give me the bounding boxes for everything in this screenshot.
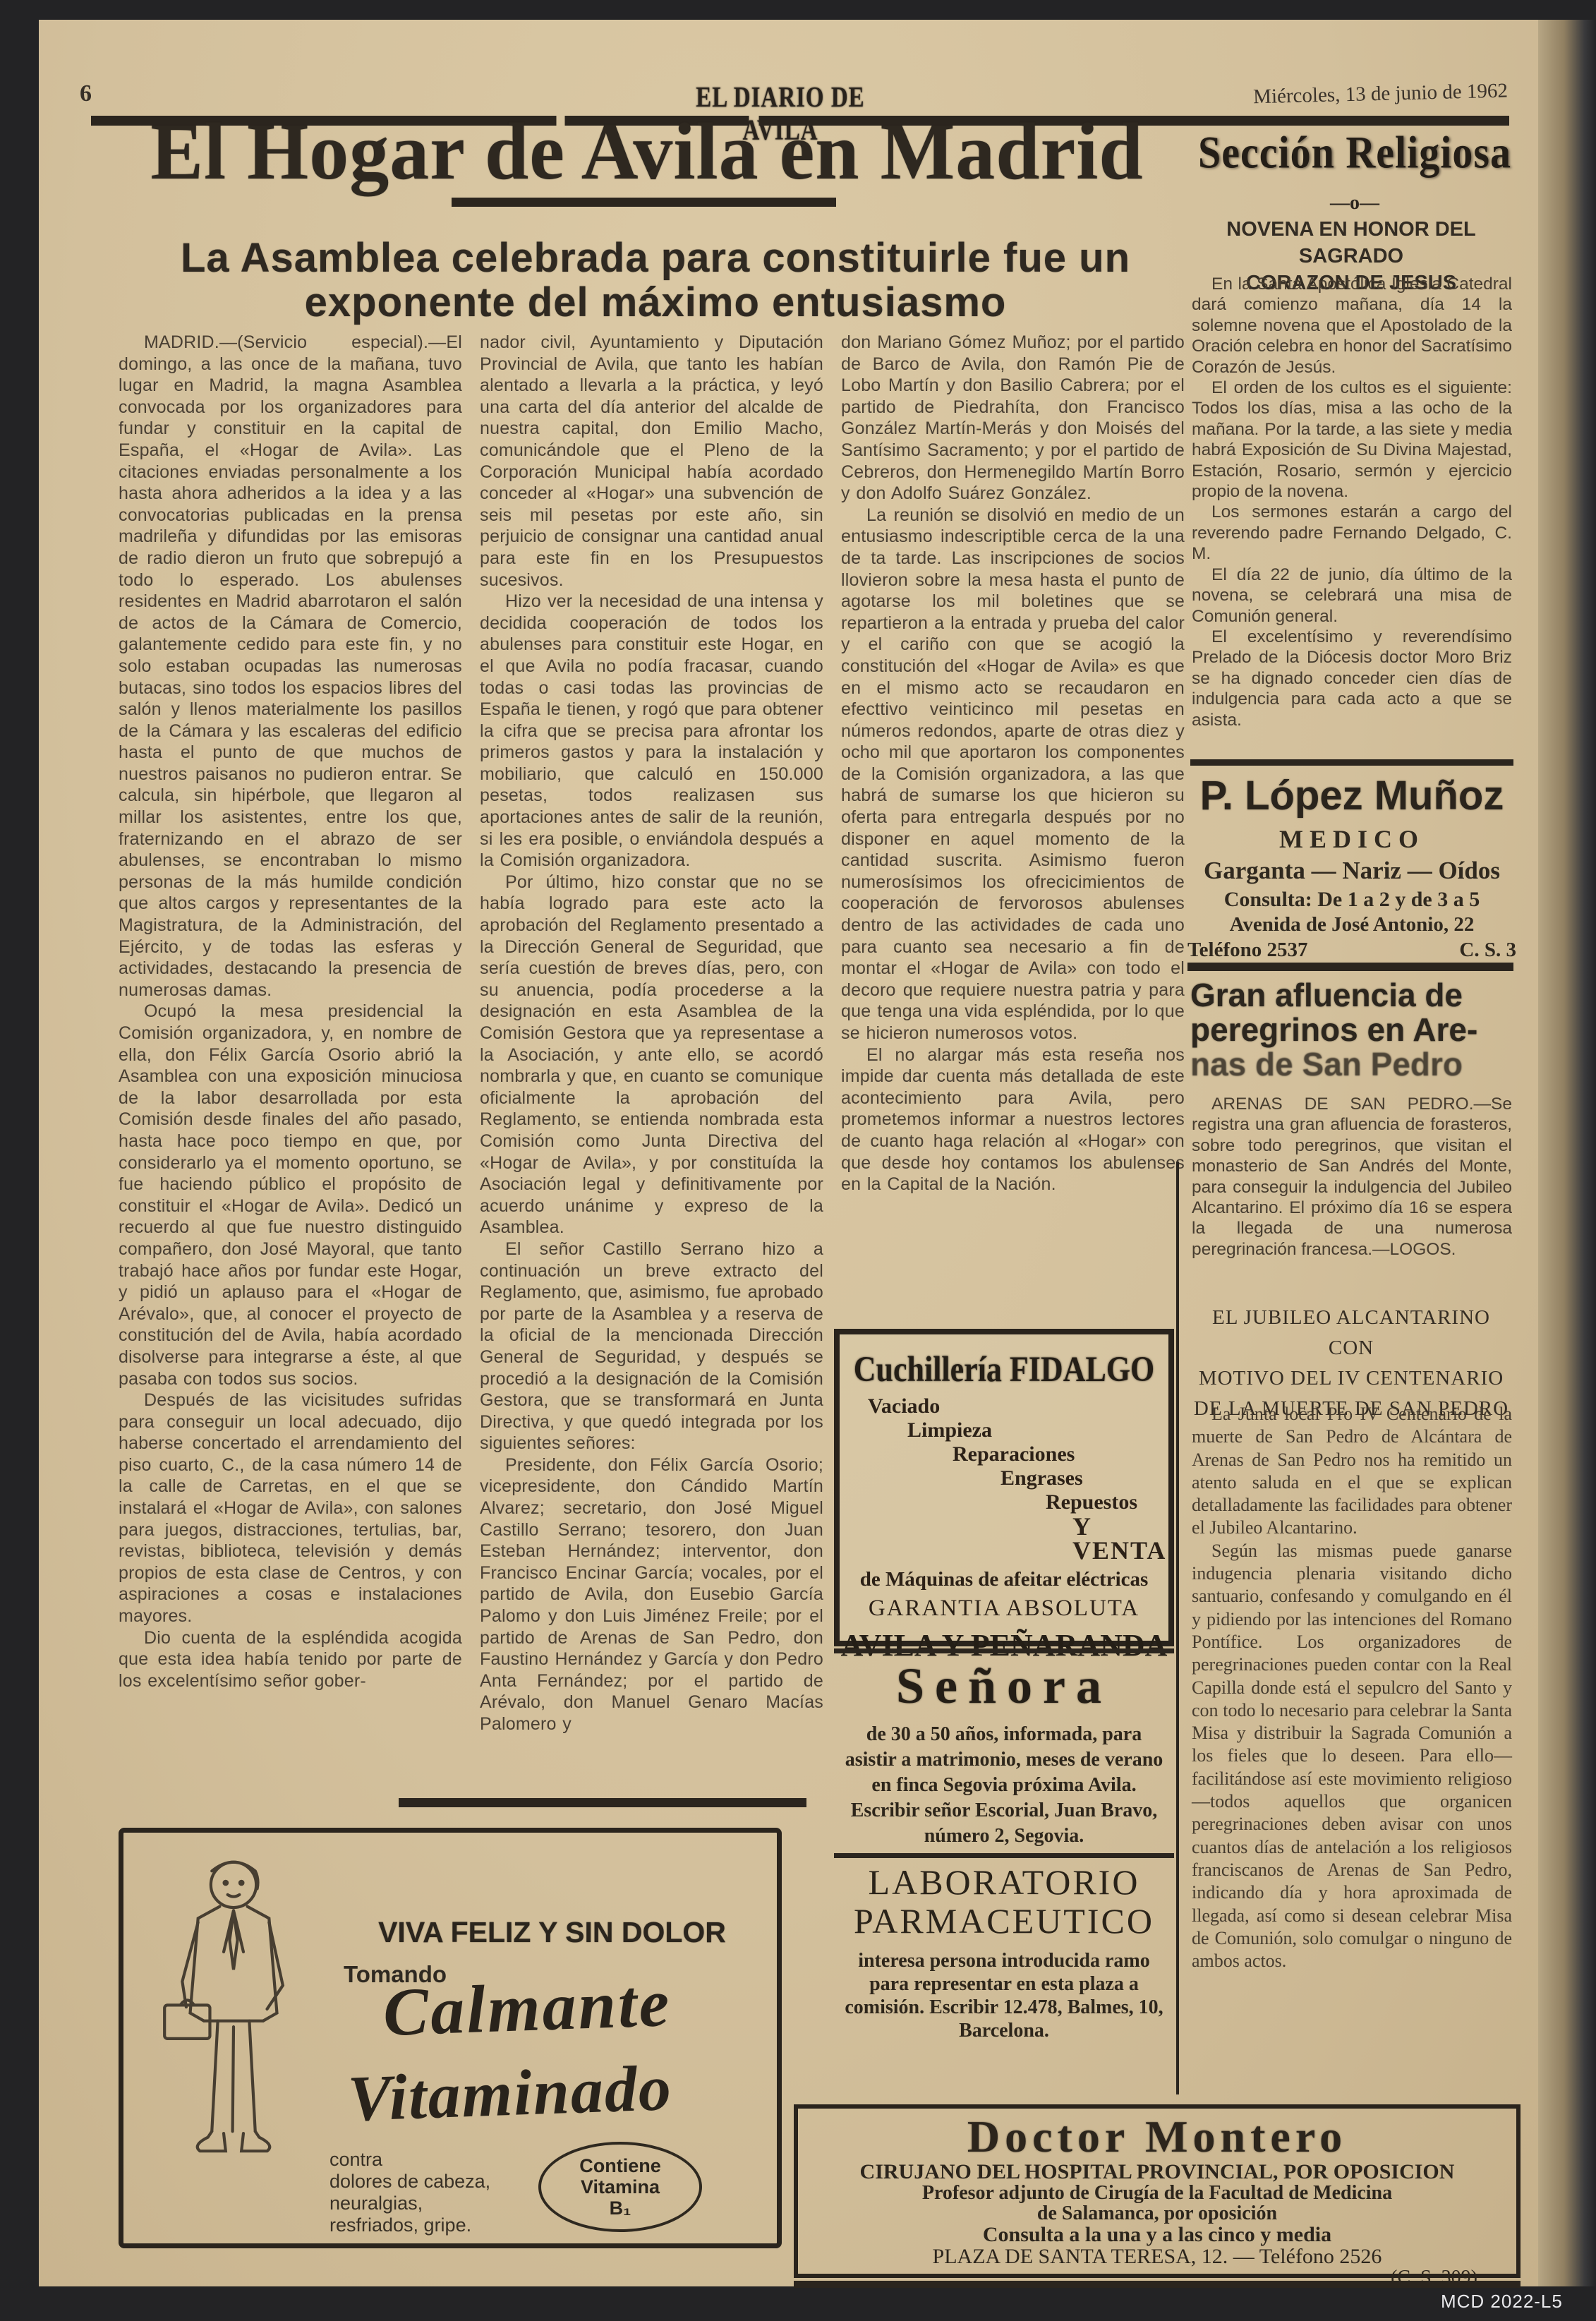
lopez-ad-phone-row: Teléfono 2537 C. S. 3: [1187, 939, 1516, 962]
religious-section-title: Sección Religiosa: [1187, 126, 1522, 179]
jubileo-paragraph: Según las mismas puede ganarse indugenci…: [1192, 1540, 1512, 1973]
fidalgo-ad-product-line: de Máquinas de afeitar eléctricas: [840, 1568, 1168, 1591]
headline-line: peregrinos en Are-: [1190, 1013, 1515, 1047]
fidalgo-ad-title: Cuchillería FIDALGO: [840, 1349, 1168, 1390]
jubileo-heading-line: EL JUBILEO ALCANTARINO CON: [1189, 1303, 1513, 1363]
article-paragraph: Hizo ver la necesidad de una intensa y d…: [480, 591, 823, 872]
calmante-ad-tagline: VIVA FELIZ Y SIN DOLOR: [332, 1916, 773, 1949]
lopez-ad-profession: MEDICO: [1187, 824, 1516, 854]
fidalgo-ad-services: VaciadoLimpiezaReparacionesEngrasesRepue…: [840, 1394, 1168, 1562]
calmante-ad-uses: contradolores de cabeza,neuralgias,resfr…: [330, 2149, 490, 2236]
article-paragraph: Por último, hizo constar que no se había…: [480, 872, 823, 1238]
lopez-ad-address: Avenida de José Antonio, 22: [1187, 913, 1516, 936]
article-paragraph: Dio cuenta de la espléndida acogida que …: [119, 1627, 462, 1692]
article-column-1: MADRID.—(Servicio especial).—El domingo,…: [119, 332, 462, 1803]
headline-underline: [452, 198, 836, 207]
article-paragraph: Ocupó la mesa presidencial la Comisión o…: [119, 1001, 462, 1389]
laboratorio-ad-title: LABORATORIOPARMACEUTICO: [834, 1863, 1174, 1941]
article-paragraph: El señor Castillo Serrano hizo a continu…: [480, 1238, 823, 1454]
montero-ad-line-3: de Salamanca, por oposición: [1037, 2203, 1277, 2224]
subheadline-line-1: La Asamblea celebrada para constituirle …: [118, 236, 1193, 280]
newspaper-page: 6 EL DIARIO DE AVILA Miércoles, 13 de ju…: [39, 20, 1538, 2286]
montero-ad-line-5: PLAZA DE SANTA TERESA, 12. — Teléfono 25…: [933, 2245, 1382, 2267]
subheadline: La Asamblea celebrada para constituirle …: [118, 236, 1193, 325]
montero-ad-line-4: Consulta a la una y a las cinco y media: [983, 2224, 1331, 2245]
jubileo-body: La Junta local Pro IV Centenario de la m…: [1192, 1403, 1512, 1972]
novena-heading-line-1: NOVENA EN HONOR DEL SAGRADO: [1189, 216, 1513, 270]
montero-ad-line-2: Profesor adjunto de Cirugía de la Facult…: [922, 2183, 1392, 2203]
column-divider-rule: [1176, 1162, 1179, 2094]
calmante-use-line: contra: [330, 2149, 490, 2171]
page-curl-shadow: [1538, 20, 1596, 2286]
montero-ad-line-1: CIRUJANO DEL HOSPITAL PROVINCIAL, POR OP…: [860, 2161, 1455, 2183]
fidalgo-ad-guarantee: GARANTIA ABSOLUTA: [840, 1596, 1168, 1622]
calmante-ad-brand-line-2: Vitaminado: [346, 2050, 673, 2136]
jubileo-paragraph: La Junta local Pro IV Centenario de la m…: [1192, 1403, 1512, 1540]
article-paragraph: El no alargar más esta reseña nos impide…: [841, 1044, 1185, 1195]
ad-divider-rule: [1190, 759, 1513, 766]
peregrinos-body: ARENAS DE SAN PEDRO.—Se registra una gra…: [1192, 1094, 1512, 1260]
article-paragraph: don Mariano Gómez Muñoz; por el partido …: [841, 332, 1185, 505]
senora-ad-title: Señora: [834, 1657, 1174, 1716]
fidalgo-service: Engrases: [1000, 1466, 1168, 1490]
badge-line: B₁: [610, 2198, 631, 2219]
calmante-ad: VIVA FELIZ Y SIN DOLOR Tomando Calmante …: [119, 1828, 782, 2248]
headline-line: nas de San Pedro: [1190, 1047, 1515, 1082]
lopez-ad-specialty: Garganta — Nariz — Oídos: [1187, 857, 1516, 885]
section-divider-ornament: —o—: [1187, 192, 1522, 215]
montero-ad: Doctor Montero CIRUJANO DEL HOSPITAL PRO…: [794, 2104, 1521, 2278]
badge-line: Contiene: [579, 2155, 661, 2176]
lopez-ad-hours: Consulta: De 1 a 2 y de 3 a 5: [1187, 888, 1516, 912]
novena-paragraph: El orden de los cultos es el siguiente: …: [1192, 378, 1512, 502]
badge-line: Vitamina: [581, 2176, 660, 2198]
fidalgo-service: Reparaciones: [953, 1442, 1168, 1466]
archive-watermark: MCD 2022-L5: [1441, 2291, 1563, 2313]
classified-rule-bottom: [834, 1853, 1174, 1858]
calmante-use-line: dolores de cabeza,: [330, 2171, 490, 2193]
fidalgo-service: Y VENTA: [1072, 1514, 1168, 1562]
novena-paragraph: Los sermones estarán a cargo del reveren…: [1192, 502, 1512, 564]
novena-body: En la Santa Apostólica Iglesia Catedral …: [1192, 274, 1512, 730]
fidalgo-service: Repuestos: [1046, 1490, 1168, 1514]
headline-line: Gran afluencia de: [1190, 978, 1515, 1013]
peregrinos-paragraph: ARENAS DE SAN PEDRO.—Se registra una gra…: [1192, 1094, 1512, 1260]
suited-man-illustration: [135, 1845, 332, 2230]
jubileo-heading-line: MOTIVO DEL IV CENTENARIO: [1189, 1363, 1513, 1394]
article-paragraph: La reunión se disolvió en medio de un en…: [841, 505, 1185, 1044]
article-paragraph: MADRID.—(Servicio especial).—El domingo,…: [119, 332, 462, 1001]
classified-rule-top: [834, 1648, 1174, 1653]
laboratorio-ad-body: interesa persona introducida ramo para r…: [838, 1949, 1170, 2042]
senora-ad-body: de 30 a 50 años, informada, para asistir…: [838, 1722, 1170, 1849]
subheadline-line-2: exponente del máximo entusiasmo: [118, 280, 1193, 325]
calmante-use-line: resfriados, gripe.: [330, 2214, 490, 2236]
calmante-ad-vitamin-badge: ContieneVitaminaB₁: [538, 2142, 702, 2232]
page-number: 6: [80, 80, 92, 107]
date-line: Miércoles, 13 de junio de 1962: [1189, 79, 1509, 110]
lopez-ad-phone: Teléfono 2537: [1187, 939, 1308, 962]
fidalgo-ad: Cuchillería FIDALGO VaciadoLimpiezaRepar…: [834, 1329, 1174, 1646]
montero-ad-doctor-name: Doctor Montero: [967, 2113, 1347, 2161]
peregrinos-headline: Gran afluencia deperegrinos en Are-nas d…: [1190, 978, 1515, 1082]
fidalgo-service: Vaciado: [868, 1394, 1168, 1418]
lopez-ad-doctor-name: P. López Muñoz: [1187, 772, 1516, 819]
article-paragraph: nador civil, Ayuntamiento y Diputación P…: [480, 332, 823, 591]
article-paragraph: Presidente, don Félix García Osorio; vic…: [480, 1454, 823, 1735]
laboratorio-title-line: LABORATORIO: [834, 1863, 1174, 1902]
calmante-use-line: neuralgias,: [330, 2193, 490, 2214]
fidalgo-service: Limpieza: [907, 1418, 1168, 1442]
laboratorio-title-line: PARMACEUTICO: [834, 1902, 1174, 1941]
main-headline: El Hogar de Avila en Madrid: [114, 107, 1180, 196]
lopez-ad-ref: C. S. 3: [1459, 939, 1516, 962]
novena-paragraph: El excelentísimo y reverendísimo Prelado…: [1192, 627, 1512, 730]
article-column-2: nador civil, Ayuntamiento y Diputación P…: [480, 332, 823, 1803]
novena-paragraph: El día 22 de junio, día último de la nov…: [1192, 565, 1512, 627]
article-column-3: don Mariano Gómez Muñoz; por el partido …: [841, 332, 1185, 1320]
section-rule: [1187, 963, 1513, 971]
montero-bottom-rule: [794, 2281, 1521, 2288]
novena-paragraph: En la Santa Apostólica Iglesia Catedral …: [1192, 274, 1512, 378]
calmante-ad-brand-line-1: Calmante: [382, 1963, 672, 2051]
end-of-article-rule: [399, 1798, 806, 1807]
article-paragraph: Después de las vicisitudes sufridas para…: [119, 1389, 462, 1627]
